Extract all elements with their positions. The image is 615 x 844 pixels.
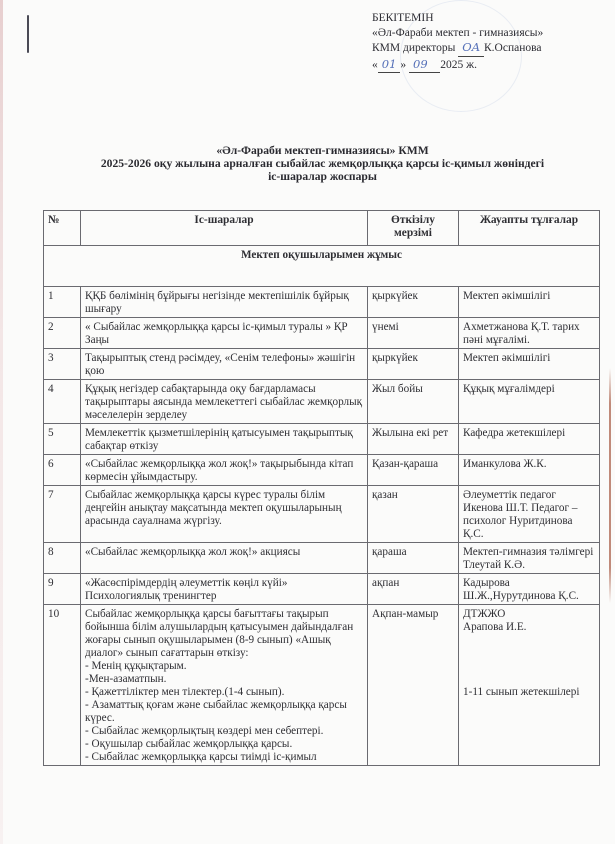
responsible-primary: ДТЖЖО Арапова И.Е. <box>463 608 595 634</box>
row-period: Жыл бойы <box>368 380 459 424</box>
row-period: Ақпан-мамыр <box>368 605 459 766</box>
row-activity: « Сыбайлас жемқорлыққа қарсы іс-қимыл ту… <box>81 318 368 349</box>
activity-line: - Қажеттіліктер мен тілектер.(1-4 сынып)… <box>85 686 363 699</box>
row-num: 4 <box>44 380 81 424</box>
approval-school: «Әл-Фараби мектеп - гимназиясы» <box>372 26 543 41</box>
table-row: 2« Сыбайлас жемқорлыққа қарсы іс-қимыл т… <box>44 318 600 349</box>
header-responsible: Жауапты тұлғалар <box>459 211 600 246</box>
approval-block: БЕКІТЕМІН «Әл-Фараби мектеп - гимназиясы… <box>372 11 543 73</box>
director-label: КММ директоры <box>372 42 455 54</box>
row-activity: Мемлекеттік қызметшілерінің қатысуымен т… <box>81 424 368 455</box>
row-num: 7 <box>44 486 81 543</box>
row-num: 3 <box>44 349 81 380</box>
section-row: Мектеп оқушыларымен жұмыс <box>44 246 600 287</box>
table-row: 4Құқық негіздер сабақтарында оқу бағдарл… <box>44 380 600 424</box>
row-responsible: Әлеуметтік педагог Икенова Ш.Т. Педагог … <box>459 486 600 543</box>
date-year: 2025 ж. <box>440 59 477 71</box>
activity-line: - Азаматтық қоғам және сыбайлас жемқорлы… <box>85 699 363 725</box>
approval-heading: БЕКІТЕМІН <box>372 11 543 26</box>
row-activity: Тақырыптық стенд рәсімдеу, «Сенім телефо… <box>81 349 368 380</box>
date-day-value: 01 <box>382 57 397 71</box>
row-num: 2 <box>44 318 81 349</box>
row-period: қыркүйек <box>368 287 459 318</box>
activity-line: - Оқушылар сыбайлас жемқорлыққа қарсы. <box>85 738 363 751</box>
title-line-2: 2025-2026 оқу жылына арналған сыбайлас ж… <box>30 157 615 170</box>
title-line-1: «Әл-Фараби мектеп-гимназиясы» КММ <box>30 144 615 157</box>
row-responsible: Мектеп-гимназия тәлімгері Тлеутай К.Ә. <box>459 543 600 574</box>
row-num: 5 <box>44 424 81 455</box>
responsible-secondary: 1-11 сынып жетекшілері <box>463 686 595 699</box>
title-line-3: іс-шаралар жоспары <box>30 170 615 183</box>
table-row: 6«Сыбайлас жемқорлыққа жол жоқ!» тақырыб… <box>44 455 600 486</box>
activity-line: - Сыбайлас жемқорлықтың көздері мен себе… <box>85 725 363 738</box>
row-num: 6 <box>44 455 81 486</box>
table-row: 10Сыбайлас жемқорлыққа қарсы бағыттағы т… <box>44 605 600 766</box>
row-period: қазан <box>368 486 459 543</box>
row-num: 10 <box>44 605 81 766</box>
table-row: 5Мемлекеттік қызметшілерінің қатысуымен … <box>44 424 600 455</box>
row-period: қараша <box>368 543 459 574</box>
activity-line: - Менің құқықтарым. <box>85 660 363 673</box>
row-activity: «Сыбайлас жемқорлыққа жол жоқ!» тақырыбы… <box>81 455 368 486</box>
row-activity: ҚҚБ бөлімінің бұйрығы негізінде мектепіш… <box>81 287 368 318</box>
date-day: 01 <box>378 57 401 74</box>
date-month: 09 <box>409 57 440 74</box>
spacer <box>463 634 595 686</box>
table-row: 3Тақырыптық стенд рәсімдеу, «Сенім телеф… <box>44 349 600 380</box>
row-period: Жылына екі рет <box>368 424 459 455</box>
director-name: К.Оспанова <box>484 42 542 54</box>
row-activity: Сыбайлас жемқорлыққа қарсы бағыттағы тақ… <box>81 605 368 766</box>
header-activity: Іс-шаралар <box>81 211 368 246</box>
row-num: 8 <box>44 543 81 574</box>
row-num: 1 <box>44 287 81 318</box>
date-month-value: 09 <box>413 57 428 71</box>
table-row: 8«Сыбайлас жемқорлыққа жол жоқ!» акциясы… <box>44 543 600 574</box>
activity-line: Сыбайлас жемқорлыққа қарсы бағыттағы тақ… <box>85 608 363 660</box>
approval-date: «01» 09 2025 ж. <box>372 57 543 74</box>
activity-line: - Сыбайлас жемқорлыққа қарсы тиімді іс-қ… <box>85 751 363 764</box>
signature-mark: OA <box>462 40 480 54</box>
section-title: Мектеп оқушыларымен жұмыс <box>44 246 600 287</box>
row-activity: «Жасөспірімдердің әлеуметтік көңіл күйі»… <box>81 574 368 605</box>
row-period: ақпан <box>368 574 459 605</box>
row-responsible: Мектеп әкімшілігі <box>459 287 600 318</box>
header-period: Өткізілу мерзімі <box>368 211 459 246</box>
approval-director: КММ директоры OAК.Оспанова <box>372 40 543 57</box>
activity-line: -Мен-азаматпын. <box>85 673 363 686</box>
row-period: қыркүйек <box>368 349 459 380</box>
header-num: № <box>44 211 81 246</box>
row-activity: «Сыбайлас жемқорлыққа жол жоқ!» акциясы <box>81 543 368 574</box>
table-row: 1ҚҚБ бөлімінің бұйрығы негізінде мектепі… <box>44 287 600 318</box>
row-responsible: Иманкулова Ж.К. <box>459 455 600 486</box>
activity-plan-table: № Іс-шаралар Өткізілу мерзімі Жауапты тұ… <box>43 210 600 766</box>
row-responsible: Кадырова Ш.Ж.,Нурутдинова Қ.С. <box>459 574 600 605</box>
signature: OA <box>458 40 484 57</box>
row-responsible: Кафедра жетекшілері <box>459 424 600 455</box>
document-title: «Әл-Фараби мектеп-гимназиясы» КММ 2025-2… <box>30 144 615 183</box>
row-responsible: ДТЖЖО Арапова И.Е.1-11 сынып жетекшілері <box>459 605 600 766</box>
table-header-row: № Іс-шаралар Өткізілу мерзімі Жауапты тұ… <box>44 211 600 246</box>
table-row: 7Сыбайлас жемқорлыққа қарсы күрес туралы… <box>44 486 600 543</box>
row-responsible: Құқық мұғалімдері <box>459 380 600 424</box>
row-activity: Сыбайлас жемқорлыққа қарсы күрес туралы … <box>81 486 368 543</box>
row-num: 9 <box>44 574 81 605</box>
row-responsible: Ахметжанова Қ.Т. тарих пәні мұғалімі. <box>459 318 600 349</box>
scan-edge-right <box>609 368 611 603</box>
table-row: 9«Жасөспірімдердің әлеуметтік көңіл күйі… <box>44 574 600 605</box>
row-responsible: Мектеп әкімшілігі <box>459 349 600 380</box>
scan-mark <box>27 15 29 53</box>
row-period: Қазан-қараша <box>368 455 459 486</box>
row-activity: Құқық негіздер сабақтарында оқу бағдарла… <box>81 380 368 424</box>
scan-edge-left <box>0 0 3 844</box>
row-period: үнемі <box>368 318 459 349</box>
